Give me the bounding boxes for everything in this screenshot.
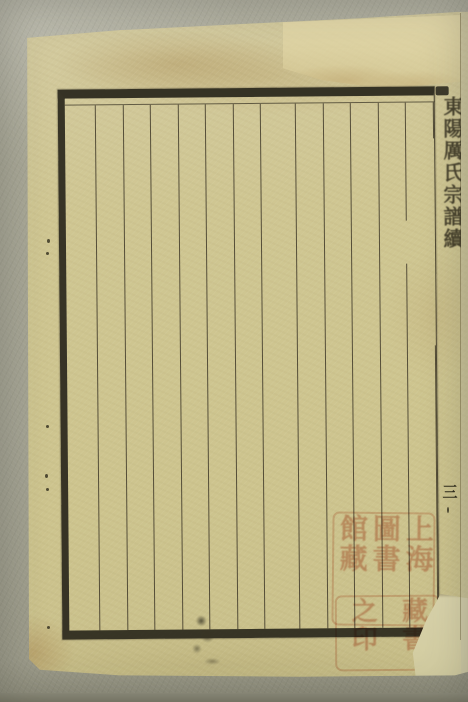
ink-speck xyxy=(47,626,50,629)
ink-speck xyxy=(447,507,449,513)
seal-text-column: 之印 xyxy=(347,597,377,653)
paper-sheet: 上海 圖書 館藏 藏書 之印 東陽厲氏宗譜續 三 xyxy=(0,0,468,702)
ink-speck xyxy=(47,239,50,243)
scanned-book-page: 上海 圖書 館藏 藏書 之印 東陽厲氏宗譜續 三 xyxy=(0,0,468,702)
margin-title-text: 東陽厲氏宗譜續 xyxy=(440,96,461,250)
adjacent-page-edge xyxy=(461,12,468,676)
ink-speck xyxy=(45,474,48,478)
ink-speck xyxy=(46,252,49,255)
frame-border-chip xyxy=(436,86,449,95)
seal-text-column: 上海 xyxy=(401,514,432,574)
seal-text-column: 圖書 xyxy=(368,514,399,574)
ink-speck xyxy=(46,425,49,428)
seal-text-column: 館藏 xyxy=(335,514,366,574)
margin-title-strip: 東陽厲氏宗譜續 xyxy=(439,96,461,268)
column-lines xyxy=(0,0,465,2)
scan-mat-edge xyxy=(0,693,468,702)
ink-speck xyxy=(46,488,49,491)
page-number: 三 xyxy=(441,481,459,502)
ink-smudge xyxy=(185,610,224,668)
